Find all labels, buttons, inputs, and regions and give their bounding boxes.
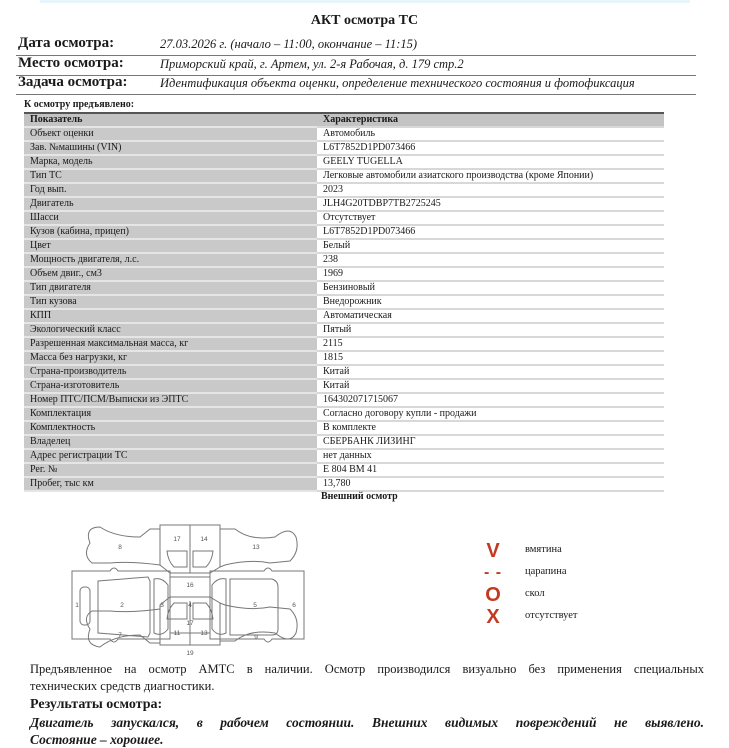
table-row: Экологический классПятый [24,323,664,337]
column-header: Характеристика [317,113,664,127]
diagram-label: 8 [118,544,122,551]
legend-text: вмятина [525,544,562,555]
parameter-cell: Кузов (кабина, прицеп) [24,225,317,239]
value-cell: JLH4G20TDBP7TB2725245 [317,197,664,211]
vehicle-spec-table: Показатель Характеристика Объект оценкиА… [24,112,664,492]
value-cell: Согласно договору купли - продажи [317,407,664,421]
diagram-label: 17 [173,536,181,543]
table-row: Мощность двигателя, л.с.238 [24,253,664,267]
diagram-label: 19 [186,650,194,655]
parameter-cell: Тип ТС [24,169,317,183]
parameter-cell: Страна-изготовитель [24,379,317,393]
table-row: Объем двиг., см31969 [24,267,664,281]
value-cell: Легковые автомобили азиатского производс… [317,169,664,183]
parameter-cell: Разрешенная максимальная масса, кг [24,337,317,351]
value-cell: 1969 [317,267,664,281]
value-cell: Китай [317,379,664,393]
missing-mark-icon: X [480,606,506,628]
parameter-cell: Шасси [24,211,317,225]
parameter-cell: Пробег, тыс км [24,477,317,491]
parameter-cell: Тип кузова [24,295,317,309]
diagram-label: 14 [200,536,208,543]
value-cell: 164302071715067 [317,393,664,407]
parameter-cell: Зав. №машины (VIN) [24,141,317,155]
parameter-cell: Комплектность [24,421,317,435]
table-row: Рег. №Е 804 ВМ 41 [24,463,664,477]
value-cell: L6T7852D1PD073466 [317,225,664,239]
parameter-cell: Тип двигателя [24,281,317,295]
value-cell: 2023 [317,183,664,197]
meta-label: Задача осмотра: [18,74,127,91]
diagram-label: 13 [252,544,260,551]
table-row: Пробег, тыс км13,780 [24,477,664,491]
table-row: ДвигательJLH4G20TDBP7TB2725245 [24,197,664,211]
table-row: Адрес регистрации ТСнет данных [24,449,664,463]
document-title: АКТ осмотра ТС [0,13,729,29]
meta-value: Приморский край, г. Артем, ул. 2-я Рабоч… [160,57,464,72]
table-row: КомплектацияСогласно договору купли - пр… [24,407,664,421]
diagram-label: 13 [200,630,208,637]
note-line: Предъявленное на осмотр АМТС в наличии. … [30,661,704,678]
value-cell: В комплекте [317,421,664,435]
table-row: ВладелецСБЕРБАНК ЛИЗИНГ [24,435,664,449]
diagram-label: 2 [120,602,124,609]
parameter-cell: Марка, модель [24,155,317,169]
table-row: Тип двигателяБензиновый [24,281,664,295]
parameter-cell: Цвет [24,239,317,253]
table-header-row: Показатель Характеристика [24,113,664,127]
table-row: ЦветБелый [24,239,664,253]
results-line: Двигатель запускался, в рабочем состояни… [30,714,704,731]
presented-caption: К осмотру предъявлено: [24,99,134,110]
meta-value: 27.03.2026 г. (начало – 11:00, окончание… [160,37,417,52]
value-cell: Отсутствует [317,211,664,225]
value-cell: Бензиновый [317,281,664,295]
value-cell: 1815 [317,351,664,365]
value-cell: 238 [317,253,664,267]
parameter-cell: Комплектация [24,407,317,421]
diagram-label: 9 [254,634,258,641]
value-cell: Е 804 ВМ 41 [317,463,664,477]
table-row: Разрешенная максимальная масса, кг2115 [24,337,664,351]
table-row: ШассиОтсутствует [24,211,664,225]
meta-row-task: Задача осмотра: Идентификация объекта оц… [16,74,696,95]
table-row: Масса без нагрузки, кг1815 [24,351,664,365]
diagram-label: 16 [186,582,194,589]
table-row: Тип ТСЛегковые автомобили азиатского про… [24,169,664,183]
value-cell: L6T7852D1PD073466 [317,141,664,155]
external-inspection-title: Внешний осмотр [321,491,398,502]
dent-mark-icon: V [480,540,506,562]
table-row: Тип кузоваВнедорожник [24,295,664,309]
scratch-mark-icon: - - [480,562,506,584]
parameter-cell: Адрес регистрации ТС [24,449,317,463]
parameter-cell: Год вып. [24,183,317,197]
parameter-cell: Номер ПТС/ПСМ/Выписки из ЭПТС [24,393,317,407]
parameter-cell: Владелец [24,435,317,449]
table-row: Номер ПТС/ПСМ/Выписки из ЭПТС16430207171… [24,393,664,407]
meta-value: Идентификация объекта оценки, определени… [160,76,635,91]
diagram-label: 7 [118,632,122,639]
value-cell: 13,780 [317,477,664,491]
value-cell: Автомобиль [317,127,664,141]
value-cell: нет данных [317,449,664,463]
meta-label: Место осмотра: [18,55,124,72]
parameter-cell: Страна-производитель [24,365,317,379]
table-row: Страна-изготовительКитай [24,379,664,393]
inspection-note: Предъявленное на осмотр АМТС в наличии. … [30,661,704,695]
meta-label: Дата осмотра: [18,35,114,52]
meta-row-date: Дата осмотра: 27.03.2026 г. (начало – 11… [16,35,696,56]
table-row: КомплектностьВ комплекте [24,421,664,435]
parameter-cell: Масса без нагрузки, кг [24,351,317,365]
table-row: Страна-производительКитай [24,365,664,379]
column-header: Показатель [24,113,317,127]
diagram-label: 17 [186,620,194,627]
top-edge-bar [40,0,690,3]
note-line: технических средств диагностики. [30,679,214,693]
diagram-label: 1 [75,602,79,609]
diagram-label: 6 [292,602,296,609]
value-cell: СБЕРБАНК ЛИЗИНГ [317,435,664,449]
parameter-cell: Объем двиг., см3 [24,267,317,281]
meta-row-place: Место осмотра: Приморский край, г. Артем… [16,55,696,76]
parameter-cell: Рег. № [24,463,317,477]
diagram-label: 5 [253,602,257,609]
parameter-cell: Экологический класс [24,323,317,337]
parameter-cell: КПП [24,309,317,323]
table-row: Марка, модельGEELY TUGELLA [24,155,664,169]
diagram-label: 3 [160,602,164,609]
value-cell: Внедорожник [317,295,664,309]
results-line: Состояние – хорошее. [30,732,163,747]
table-row: Объект оценкиАвтомобиль [24,127,664,141]
value-cell: GEELY TUGELLA [317,155,664,169]
parameter-cell: Мощность двигателя, л.с. [24,253,317,267]
value-cell: Китай [317,365,664,379]
diagram-label: 4 [188,602,192,609]
value-cell: Пятый [317,323,664,337]
table-row: Кузов (кабина, прицеп)L6T7852D1PD073466 [24,225,664,239]
value-cell: Автоматическая [317,309,664,323]
results-text: Двигатель запускался, в рабочем состояни… [30,714,704,748]
chip-mark-icon: O [480,584,506,606]
results-label: Результаты осмотра: [30,697,162,713]
table-row: КППАвтоматическая [24,309,664,323]
diagram-label: 11 [174,630,181,637]
table-row: Зав. №машины (VIN)L6T7852D1PD073466 [24,141,664,155]
value-cell: Белый [317,239,664,253]
table-row: Год вып.2023 [24,183,664,197]
legend-text: царапина [525,566,567,577]
parameter-cell: Двигатель [24,197,317,211]
parameter-cell: Объект оценки [24,127,317,141]
car-body-diagram: 1 2 3 4 5 6 7 8 9 13 11 13 17 14 16 17 1… [70,515,310,655]
legend-text: отсутствует [525,610,578,621]
legend-text: скол [525,588,545,599]
value-cell: 2115 [317,337,664,351]
